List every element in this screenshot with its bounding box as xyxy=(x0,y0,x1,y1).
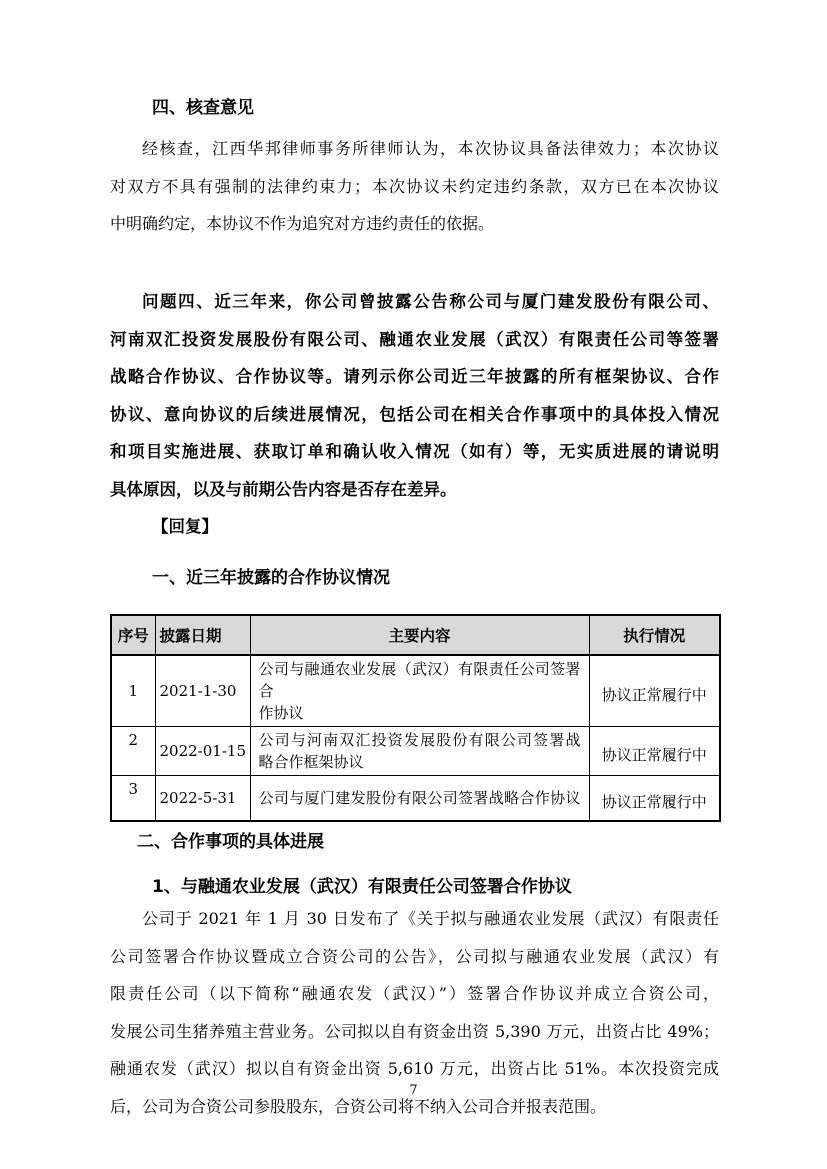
paragraph-line: 具体原因，以及与前期公告内容是否存在差异。 xyxy=(110,471,719,509)
cell-content-line: 略合作框架协议 xyxy=(259,751,581,773)
paragraph-line: 协议、意向协议的后续进展情况，包括公司在相关合作事项中的具体投入情况 xyxy=(110,396,719,434)
cell-status: 协议正常履行中 xyxy=(589,726,720,775)
paragraph-line: 公司于 2021 年 1 月 30 日发布了《关于拟与融通农业发展（武汉）有限责… xyxy=(110,900,719,938)
table-header-row: 序号 披露日期 主要内容 执行情况 xyxy=(111,615,720,655)
document-page: 四、核查意见 经核查，江西华邦律师事务所律师认为，本次协议具备法律效力；本次协议… xyxy=(0,0,827,1169)
paragraph-line: 和项目实施进展、获取订单和确认收入情况（如有）等，无实质进展的请说明 xyxy=(110,433,719,471)
cell-no: 1 xyxy=(111,655,155,727)
cell-content: 公司与厦门建发股份有限公司签署战略合作协议 xyxy=(250,775,589,821)
paragraph-line: 发展公司生猪养殖主营业务。公司拟以自有资金出资 5,390 万元，出资占比 49… xyxy=(110,1013,719,1051)
section2-heading: 二、合作事项的具体进展 xyxy=(110,829,719,855)
table-row: 3 2022-5-31 公司与厦门建发股份有限公司签署战略合作协议 协议正常履行… xyxy=(111,775,720,821)
paragraph-line: 融通农发（武汉）拟以自有资金出资 5,610 万元，出资占比 51%。本次投资完… xyxy=(110,1050,719,1088)
cell-content-line: 公司与厦门建发股份有限公司签署战略合作协议 xyxy=(259,787,581,809)
paragraph-line: 经核查，江西华邦律师事务所律师认为，本次协议具备法律效力；本次协议 xyxy=(110,130,719,168)
header-content: 主要内容 xyxy=(250,615,589,655)
paragraph-line: 河南双汇投资发展股份有限公司、融通农业发展（武汉）有限责任公司等签署 xyxy=(110,321,719,359)
paragraph-line: 公司签署合作协议暨成立合资公司的公告》，公司拟与融通农业发展（武汉）有 xyxy=(110,938,719,976)
cell-no: 3 xyxy=(111,775,155,821)
cell-content-line: 公司与河南双汇投资发展股份有限公司签署战 xyxy=(259,729,581,751)
cell-status: 协议正常履行中 xyxy=(589,655,720,727)
paragraph-line: 对双方不具有强制的法律约束力；本次协议未约定违约条款，双方已在本次协议 xyxy=(110,168,719,206)
verification-paragraph: 经核查，江西华邦律师事务所律师认为，本次协议具备法律效力；本次协议 对双方不具有… xyxy=(110,130,719,243)
verification-heading: 四、核查意见 xyxy=(110,95,719,121)
cell-content: 公司与融通农业发展（武汉）有限责任公司签署合 作协议 xyxy=(250,655,589,727)
paragraph-line: 限责任公司（以下简称“融通农发（武汉）”）签署合作协议并成立合资公司， xyxy=(110,975,719,1013)
paragraph-line: 战略合作协议、合作协议等。请列示你公司近三年披露的所有框架协议、合作 xyxy=(110,358,719,396)
cooperation-agreements-table: 序号 披露日期 主要内容 执行情况 1 2021-1-30 公司与融通农业发展（… xyxy=(110,614,721,823)
table-row: 2 2022-01-15 公司与河南双汇投资发展股份有限公司签署战 略合作框架协… xyxy=(111,726,720,775)
header-no: 序号 xyxy=(111,615,155,655)
cell-content-line: 公司与融通农业发展（武汉）有限责任公司签署合 xyxy=(259,658,581,702)
paragraph-line: 中明确约定，本协议不作为追究对方违约责任的依据。 xyxy=(110,205,719,243)
cell-content-line: 作协议 xyxy=(259,702,581,724)
question-paragraph: 问题四、近三年来，你公司曾披露公告称公司与厦门建发股份有限公司、 河南双汇投资发… xyxy=(110,283,719,508)
table-row: 1 2021-1-30 公司与融通农业发展（武汉）有限责任公司签署合 作协议 协… xyxy=(111,655,720,727)
cell-status: 协议正常履行中 xyxy=(589,775,720,821)
page-number: 7 xyxy=(0,1083,827,1099)
cell-no: 2 xyxy=(111,726,155,775)
cell-date: 2022-5-31 xyxy=(155,775,250,821)
section2-sub1-heading: 1、与融通农业发展（武汉）有限责任公司签署合作协议 xyxy=(110,874,719,900)
cell-content: 公司与河南双汇投资发展股份有限公司签署战 略合作框架协议 xyxy=(250,726,589,775)
section1-heading: 一、近三年披露的合作协议情况 xyxy=(110,565,719,591)
paragraph-line: 问题四、近三年来，你公司曾披露公告称公司与厦门建发股份有限公司、 xyxy=(110,283,719,321)
header-date: 披露日期 xyxy=(155,615,250,655)
cell-date: 2021-1-30 xyxy=(155,655,250,727)
header-status: 执行情况 xyxy=(589,615,720,655)
reply-label: 【回复】 xyxy=(110,508,719,546)
cell-date: 2022-01-15 xyxy=(155,726,250,775)
